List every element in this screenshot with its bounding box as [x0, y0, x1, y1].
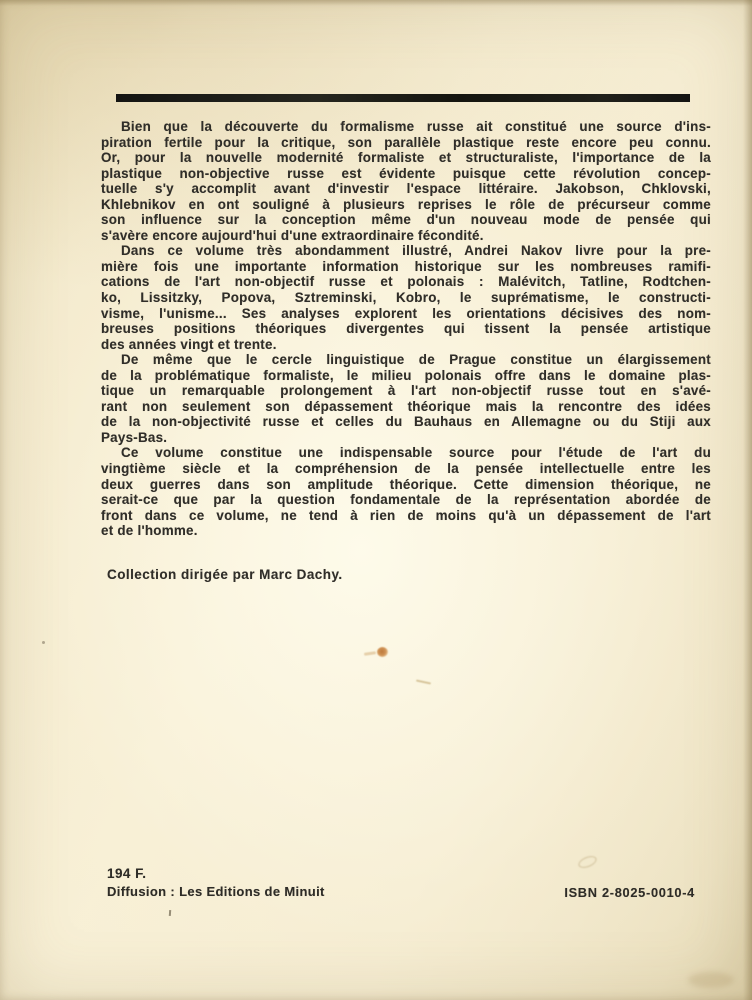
blurb-line: breuses positions théoriques divergentes…: [101, 321, 711, 337]
blurb-line: visme, l'unisme... Ses analyses exploren…: [101, 306, 711, 322]
blurb-line: de la problématique formaliste, le milie…: [101, 368, 711, 384]
blurb-line: mière fois une importante information hi…: [101, 259, 711, 275]
blurb-line: Ce volume constitue une indispensable so…: [101, 445, 711, 461]
blurb-line: piration fertile pour la critique, son p…: [101, 135, 711, 151]
blurb-line: Dans ce volume très abondamment illustré…: [101, 243, 711, 259]
paper-speck: [42, 641, 45, 644]
paper-smudge: [577, 854, 598, 870]
blurb-line: De même que le cercle linguistique de Pr…: [101, 352, 711, 368]
paper-scratch: [416, 679, 431, 684]
blurb-line: Or, pour la nouvelle modernité formalist…: [101, 150, 711, 166]
blurb: Bien que la découverte du formalisme rus…: [101, 119, 711, 539]
blurb-line: tique un remarquable prolongement à l'ar…: [101, 383, 711, 399]
blurb-line: des années vingt et trente.: [101, 337, 711, 353]
distributor-label: Diffusion : Les Editions de Minuit: [107, 884, 325, 899]
blurb-line: Pays-Bas.: [101, 430, 711, 446]
blurb-line: deux guerres dans son amplitude théoriqu…: [101, 477, 711, 493]
book-back-cover: Bien que la découverte du formalisme rus…: [0, 0, 752, 1000]
scan-edge-shadow: [743, 0, 752, 1000]
paper-stain: [364, 651, 376, 656]
blurb-line: rant non seulement son dépassement théor…: [101, 399, 711, 415]
blurb-line: s'avère encore aujourd'hui d'une extraor…: [101, 228, 711, 244]
top-rule: [116, 94, 690, 102]
blurb-paragraph: Bien que la découverte du formalisme rus…: [101, 119, 711, 243]
paper-speck: [169, 910, 171, 916]
blurb-paragraph: Dans ce volume très abondamment illustré…: [101, 243, 711, 352]
blurb-line: plastique non-objective russe est éviden…: [101, 166, 711, 182]
blurb-line: serait-ce que par la question fondamenta…: [101, 492, 711, 508]
scan-edge-shadow: [0, 0, 752, 6]
collection-note: Collection dirigée par Marc Dachy.: [107, 567, 343, 582]
blurb-line: Bien que la découverte du formalisme rus…: [101, 119, 711, 135]
blurb-line: de la non-objectivité russe et celles du…: [101, 414, 711, 430]
blurb-line: son influence sur la conception même d'u…: [101, 212, 711, 228]
blurb-paragraph: De même que le cercle linguistique de Pr…: [101, 352, 711, 445]
paper-stain: [377, 647, 388, 657]
price-label: 194 F.: [107, 866, 146, 881]
blurb-line: et de l'homme.: [101, 523, 711, 539]
isbn-label: ISBN 2-8025-0010-4: [564, 885, 695, 900]
blurb-paragraph: Ce volume constitue une indispensable so…: [101, 445, 711, 538]
blurb-line: front dans ce volume, ne tend à rien de …: [101, 508, 711, 524]
blurb-line: ko, Lissitzky, Popova, Sztreminski, Kobr…: [101, 290, 711, 306]
blurb-line: cations de l'art non-objectif russe et p…: [101, 274, 711, 290]
blurb-line: tuelle s'y accomplit avant d'investir l'…: [101, 181, 711, 197]
blurb-line: Khlebnikov en ont souligné à plusieurs r…: [101, 197, 711, 213]
paper-smudge: [688, 972, 734, 988]
blurb-line: vingtième siècle et la compréhension de …: [101, 461, 711, 477]
